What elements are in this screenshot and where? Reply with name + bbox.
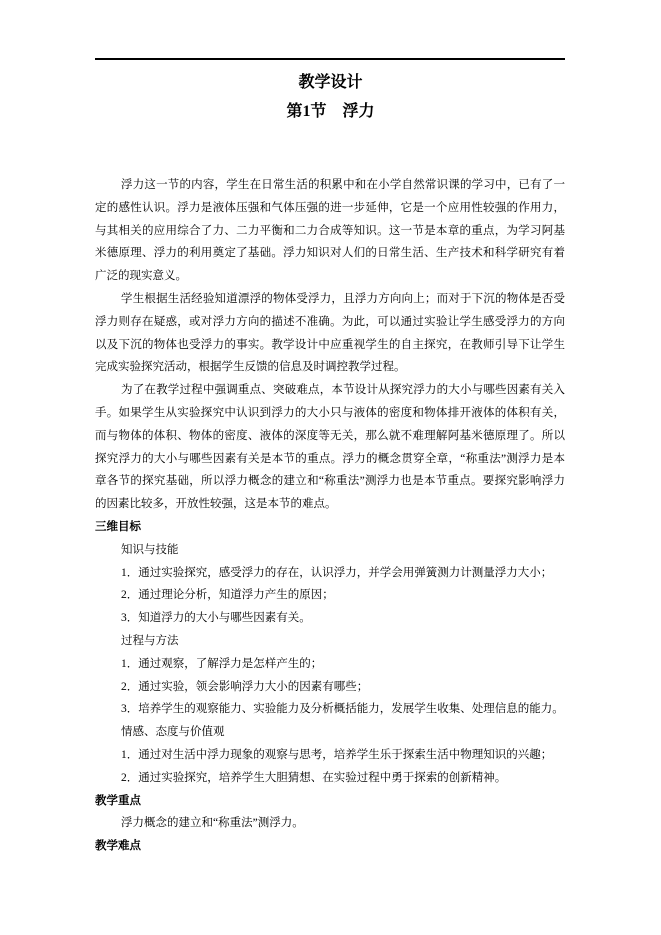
knowledge-skills-item-3: 3．知道浮力的大小与哪些因素有关。 (95, 607, 565, 630)
process-methods-item-3: 3．培养学生的观察能力、实验能力及分析概括能力，发展学生收集、处理信息的能力。 (95, 698, 565, 721)
subheading-process-and-methods: 过程与方法 (95, 630, 565, 653)
heading-teaching-difficult-point: 教学难点 (95, 835, 565, 858)
intro-paragraph-3: 为了在教学过程中强调重点、突破难点，本节设计从探究浮力的大小与哪些因素有关入手。… (95, 379, 565, 516)
subheading-knowledge-and-skills: 知识与技能 (95, 539, 565, 562)
intro-paragraph-2: 学生根据生活经验知道漂浮的物体受浮力，且浮力方向向上；而对于下沉的物体是否受浮力… (95, 288, 565, 379)
subheading-emotion-attitude-values: 情感、态度与价值观 (95, 721, 565, 744)
teaching-key-point-content: 浮力概念的建立和“称重法”测浮力。 (95, 812, 565, 835)
process-methods-item-1: 1．通过观察，了解浮力是怎样产生的； (95, 653, 565, 676)
doc-title: 教学设计 (0, 73, 661, 92)
emotion-attitude-item-2: 2．通过实验探究，培养学生大胆猜想、在实验过程中勇于探索的创新精神。 (95, 767, 565, 790)
document-page: 教学设计 第1节 浮力 浮力这一节的内容，学生在日常生活的积累中和在小学自然常识… (0, 0, 661, 935)
doc-subtitle: 第1节 浮力 (0, 102, 661, 121)
intro-paragraph-1: 浮力这一节的内容，学生在日常生活的积累中和在小学自然常识课的学习中，已有了一定的… (95, 174, 565, 288)
process-methods-item-2: 2．通过实验，领会影响浮力大小的因素有哪些； (95, 676, 565, 699)
heading-teaching-key-point: 教学重点 (95, 790, 565, 813)
knowledge-skills-item-1: 1．通过实验探究，感受浮力的存在，认识浮力，并学会用弹簧测力计测量浮力大小； (95, 562, 565, 585)
title-block: 教学设计 第1节 浮力 (0, 73, 661, 121)
header-rule (95, 58, 565, 60)
knowledge-skills-item-2: 2．通过理论分析，知道浮力产生的原因； (95, 584, 565, 607)
document-body: 浮力这一节的内容，学生在日常生活的积累中和在小学自然常识课的学习中，已有了一定的… (95, 174, 565, 858)
emotion-attitude-item-1: 1．通过对生活中浮力现象的观察与思考，培养学生乐于探索生活中物理知识的兴趣； (95, 744, 565, 767)
heading-three-dimensional-goals: 三维目标 (95, 516, 565, 539)
